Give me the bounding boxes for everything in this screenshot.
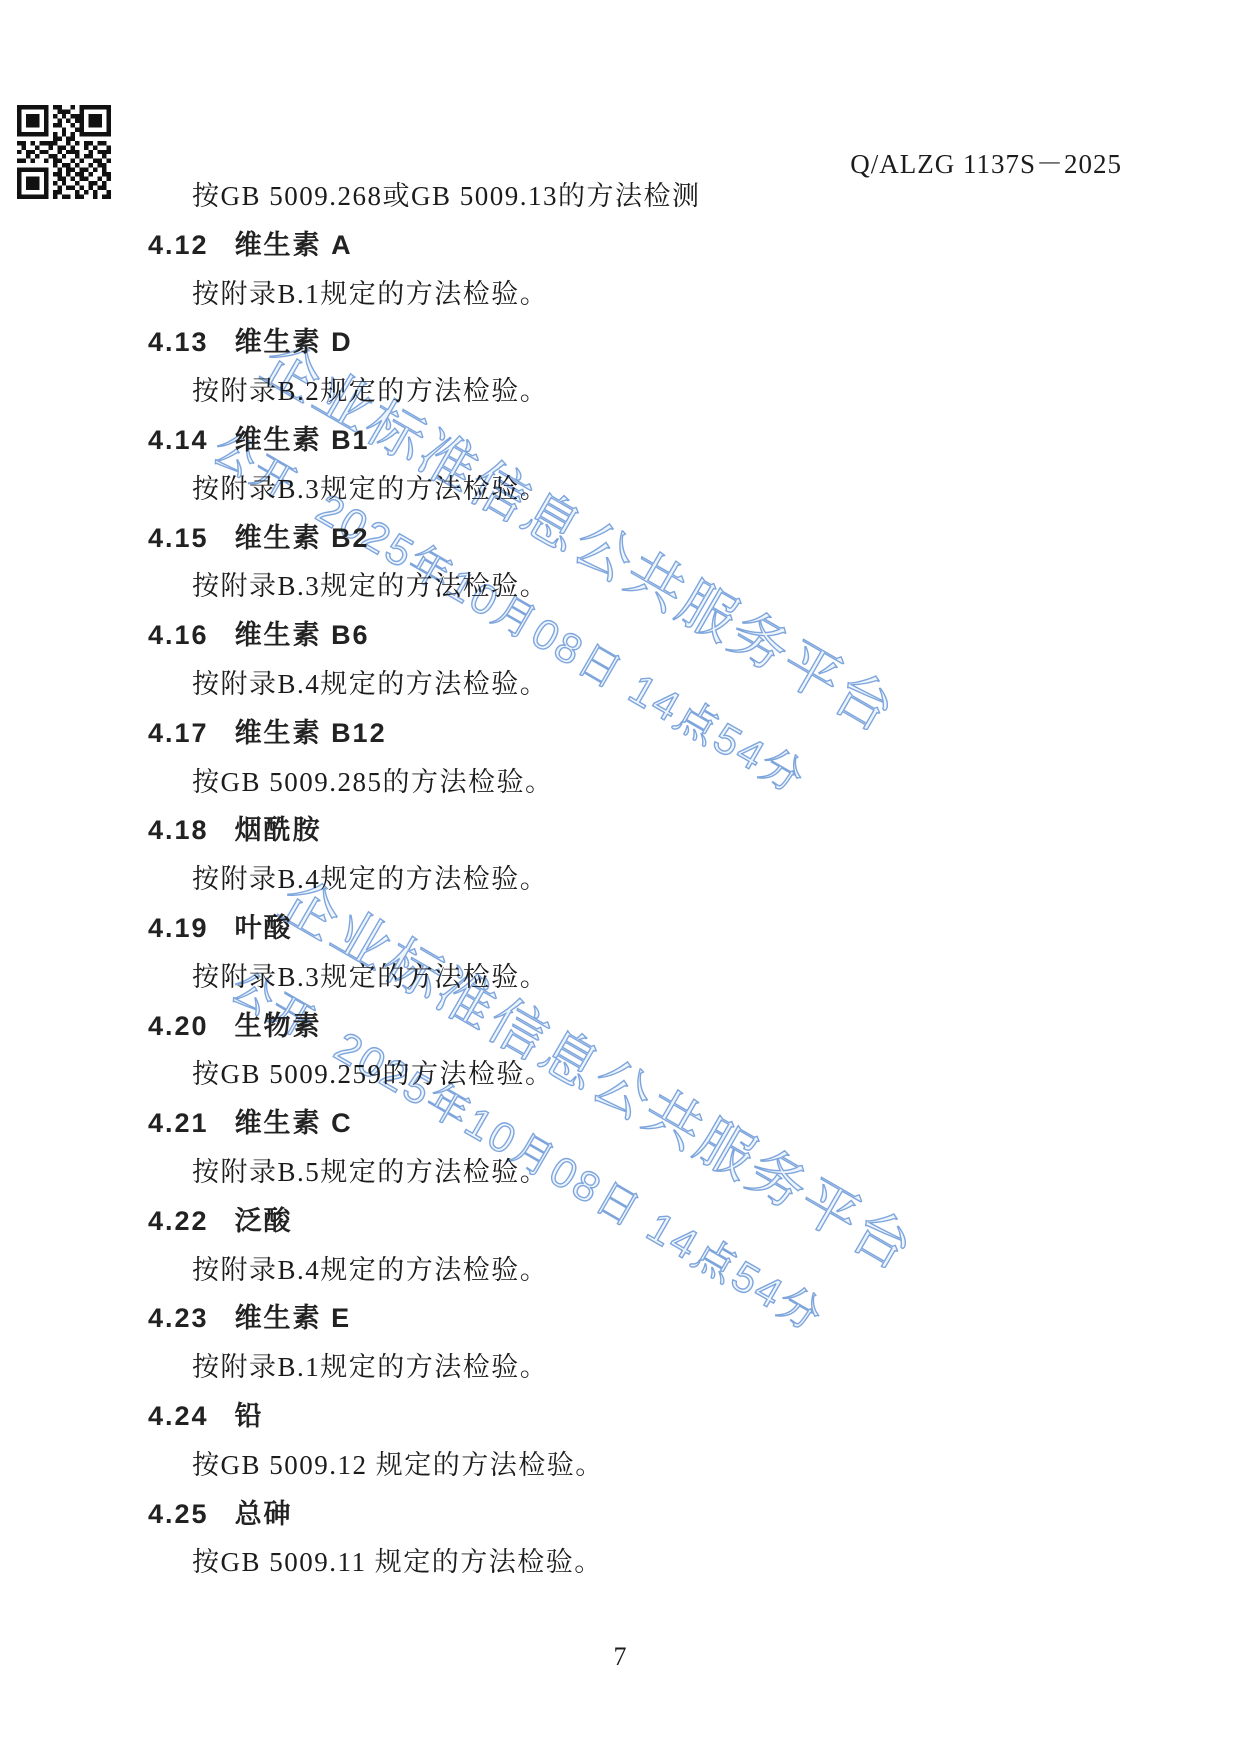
section-body: 按附录B.3规定的方法检验。: [0, 465, 1240, 514]
section-heading: 4.20生物素: [0, 1002, 1240, 1051]
section-number: 4.12: [148, 230, 209, 260]
section-heading: 4.21维生素 C: [0, 1099, 1240, 1148]
section-title: 烟酰胺: [235, 815, 322, 845]
section-number: 4.18: [148, 815, 209, 845]
section-heading: 4.22泛酸: [0, 1197, 1240, 1246]
section: 4.22泛酸 按附录B.4规定的方法检验。: [0, 1197, 1240, 1295]
section-number: 4.19: [148, 913, 209, 943]
doc-code: Q/ALZG 1137S－2025: [850, 142, 1122, 181]
section: 4.15维生素 B2 按附录B.3规定的方法检验。: [0, 514, 1240, 612]
section-number: 4.13: [148, 327, 209, 357]
section-body: 按GB 5009.12 规定的方法检验。: [0, 1441, 1240, 1490]
section-heading: 4.12维生素 A: [0, 221, 1240, 270]
section-title: 维生素 E: [235, 1303, 352, 1333]
section-body: 按GB 5009.259的方法检验。: [0, 1050, 1240, 1099]
section-body: 按GB 5009.11 规定的方法检验。: [0, 1538, 1240, 1587]
section-title: 维生素 B6: [235, 620, 370, 650]
section-title: 维生素 D: [235, 327, 353, 357]
sections: 4.12维生素 A 按附录B.1规定的方法检验。 4.13维生素 D 按附录B.…: [0, 221, 1240, 1587]
section-heading: 4.13维生素 D: [0, 318, 1240, 367]
section-heading: 4.18烟酰胺: [0, 806, 1240, 855]
section-title: 叶酸: [235, 913, 293, 943]
section-body: 按附录B.3规定的方法检验。: [0, 953, 1240, 1002]
section-heading: 4.19叶酸: [0, 904, 1240, 953]
section: 4.20生物素 按GB 5009.259的方法检验。: [0, 1002, 1240, 1100]
section: 4.14维生素 B1 按附录B.3规定的方法检验。: [0, 416, 1240, 514]
section: 4.17维生素 B12 按GB 5009.285的方法检验。: [0, 709, 1240, 807]
section: 4.23维生素 E 按附录B.1规定的方法检验。: [0, 1294, 1240, 1392]
section-heading: 4.25总砷: [0, 1490, 1240, 1539]
section-body: 按附录B.4规定的方法检验。: [0, 855, 1240, 904]
section: 4.19叶酸 按附录B.3规定的方法检验。: [0, 904, 1240, 1002]
section-number: 4.16: [148, 620, 209, 650]
qr-code-graphic: [17, 105, 111, 199]
section-body: 按GB 5009.285的方法检验。: [0, 758, 1240, 807]
section-title: 维生素 C: [235, 1108, 353, 1138]
section-heading: 4.16维生素 B6: [0, 611, 1240, 660]
section-body: 按附录B.3规定的方法检验。: [0, 562, 1240, 611]
section: 4.16维生素 B6 按附录B.4规定的方法检验。: [0, 611, 1240, 709]
section-body: 按附录B.4规定的方法检验。: [0, 660, 1240, 709]
section-body: 按附录B.4规定的方法检验。: [0, 1246, 1240, 1295]
section-title: 总砷: [235, 1499, 293, 1529]
section: 4.12维生素 A 按附录B.1规定的方法检验。: [0, 221, 1240, 319]
section: 4.18烟酰胺 按附录B.4规定的方法检验。: [0, 806, 1240, 904]
document-body: 按GB 5009.268或GB 5009.13的方法检测 4.12维生素 A 按…: [0, 172, 1240, 1587]
section: 4.21维生素 C 按附录B.5规定的方法检验。: [0, 1099, 1240, 1197]
section-title: 维生素 A: [235, 230, 353, 260]
document-page: Q/ALZG 1137S－2025 企业标准信息公共服务平台 公开2025年10…: [0, 0, 1240, 1753]
section-heading: 4.24铅: [0, 1392, 1240, 1441]
section-title: 生物素: [235, 1011, 322, 1041]
section-title: 维生素 B2: [235, 523, 370, 553]
section-number: 4.15: [148, 523, 209, 553]
section-body: 按附录B.1规定的方法检验。: [0, 1343, 1240, 1392]
section-number: 4.22: [148, 1206, 209, 1236]
section: 4.13维生素 D 按附录B.2规定的方法检验。: [0, 318, 1240, 416]
section-heading: 4.23维生素 E: [0, 1294, 1240, 1343]
section-heading: 4.14维生素 B1: [0, 416, 1240, 465]
section-number: 4.21: [148, 1108, 209, 1138]
section-title: 泛酸: [235, 1206, 293, 1236]
qr-code: [17, 105, 111, 199]
section-number: 4.24: [148, 1401, 209, 1431]
section-title: 维生素 B1: [235, 425, 370, 455]
section: 4.24铅 按GB 5009.12 规定的方法检验。: [0, 1392, 1240, 1490]
section-title: 维生素 B12: [235, 718, 387, 748]
section-body: 按附录B.1规定的方法检验。: [0, 270, 1240, 319]
section-body: 按附录B.5规定的方法检验。: [0, 1148, 1240, 1197]
section-number: 4.25: [148, 1499, 209, 1529]
section-title: 铅: [235, 1401, 264, 1431]
section-number: 4.23: [148, 1303, 209, 1333]
section-number: 4.17: [148, 718, 209, 748]
section: 4.25总砷 按GB 5009.11 规定的方法检验。: [0, 1490, 1240, 1588]
section-heading: 4.17维生素 B12: [0, 709, 1240, 758]
page-number: 7: [0, 1642, 1240, 1672]
section-body: 按附录B.2规定的方法检验。: [0, 367, 1240, 416]
section-number: 4.20: [148, 1011, 209, 1041]
section-heading: 4.15维生素 B2: [0, 514, 1240, 563]
section-number: 4.14: [148, 425, 209, 455]
